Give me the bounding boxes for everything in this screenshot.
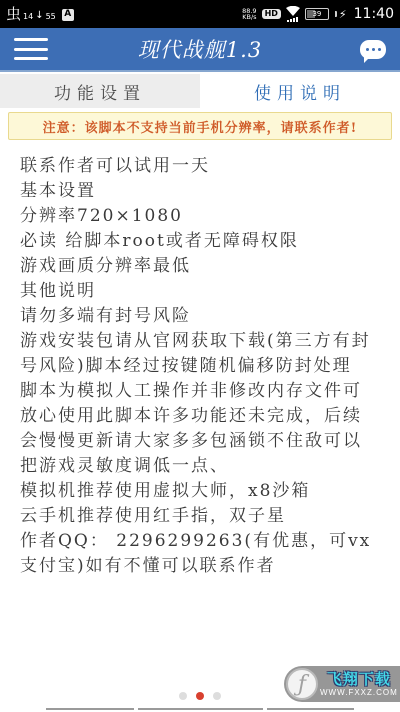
paragraph: 游戏安装包请从官网获取下载(第三方有封号风险)脚本经过按键随机偏移防封处理	[20, 329, 380, 379]
paragraph: 作者QQ： 2296299263(有优惠，可vx支付宝)如有不懂可以联系作者	[20, 529, 380, 579]
watermark-title: 飞翔下载	[327, 672, 391, 687]
title-bar: 现代战舰1.3	[0, 28, 400, 72]
notification-number: 14	[23, 13, 33, 22]
watermark-url: WWW.FXXZ.COM	[320, 689, 398, 697]
page-dot[interactable]	[213, 692, 221, 700]
network-speed-unit: KB/s	[242, 14, 256, 21]
paragraph: 游戏画质分辨率最低	[20, 254, 380, 279]
paragraph: 必读 给脚本root或者无障碍权限	[20, 229, 380, 254]
page-title: 现代战舰1.3	[0, 34, 400, 64]
table-border-segment	[46, 708, 134, 710]
paragraph: 联系作者可以试用一天	[20, 154, 380, 179]
hd-call-icon: HD	[262, 9, 281, 19]
tab-usage-instructions[interactable]: 使用说明	[200, 74, 400, 108]
clock-time: 11:40	[354, 6, 394, 22]
bug-app-icon: 虫	[6, 7, 21, 22]
auto-brightness-icon: A	[62, 9, 74, 21]
status-bar: 虫 14 ↓ 55 A 88.9 KB/s HD 39 ⚡	[0, 0, 400, 28]
paragraph: 分辨率720×1080	[20, 204, 380, 229]
battery-level: 39	[306, 10, 328, 18]
network-speed: 88.9 KB/s	[242, 8, 256, 21]
notification-icons: 虫 14 ↓ 55 A	[6, 7, 74, 22]
site-watermark: ƒ 飞翔下载 WWW.FXXZ.COM	[284, 666, 400, 702]
battery-icon: 39	[305, 8, 329, 20]
paragraph: 其他说明	[20, 279, 380, 304]
tab-function-settings[interactable]: 功能设置	[0, 74, 200, 108]
notification-number-2: 55	[46, 13, 56, 22]
fxxz-logo-icon: ƒ	[286, 668, 318, 700]
menu-icon[interactable]	[14, 38, 48, 60]
chat-bubble-icon[interactable]	[360, 40, 386, 59]
warning-banner: 注意：该脚本不支持当前手机分辨率，请联系作者!	[8, 112, 392, 140]
charging-bolt-icon: ⚡	[339, 9, 347, 20]
app-screen: 虫 14 ↓ 55 A 88.9 KB/s HD 39 ⚡	[0, 0, 400, 712]
table-border-segment	[138, 708, 263, 710]
page-dot[interactable]	[179, 692, 187, 700]
paragraph: 模拟机推荐使用虚拟大师，x8沙箱	[20, 479, 380, 504]
instructions-text: 联系作者可以试用一天 基本设置 分辨率720×1080 必读 给脚本root或者…	[0, 150, 400, 655]
table-border-segment	[267, 708, 354, 710]
wifi-icon	[286, 6, 300, 22]
paragraph: 请勿多端有封号风险	[20, 304, 380, 329]
page-dot-active[interactable]	[196, 692, 204, 700]
paragraph: 云手机推荐使用红手指，双子星	[20, 504, 380, 529]
download-icon: ↓	[35, 11, 43, 22]
paragraph: 基本设置	[20, 179, 380, 204]
tab-bar: 功能设置 使用说明	[0, 74, 400, 108]
paragraph: 脚本为模拟人工操作并非修改内存文件可放心使用此脚本许多功能还未完成，后续会慢慢更…	[20, 379, 380, 479]
signal-bars-icon	[287, 17, 298, 22]
